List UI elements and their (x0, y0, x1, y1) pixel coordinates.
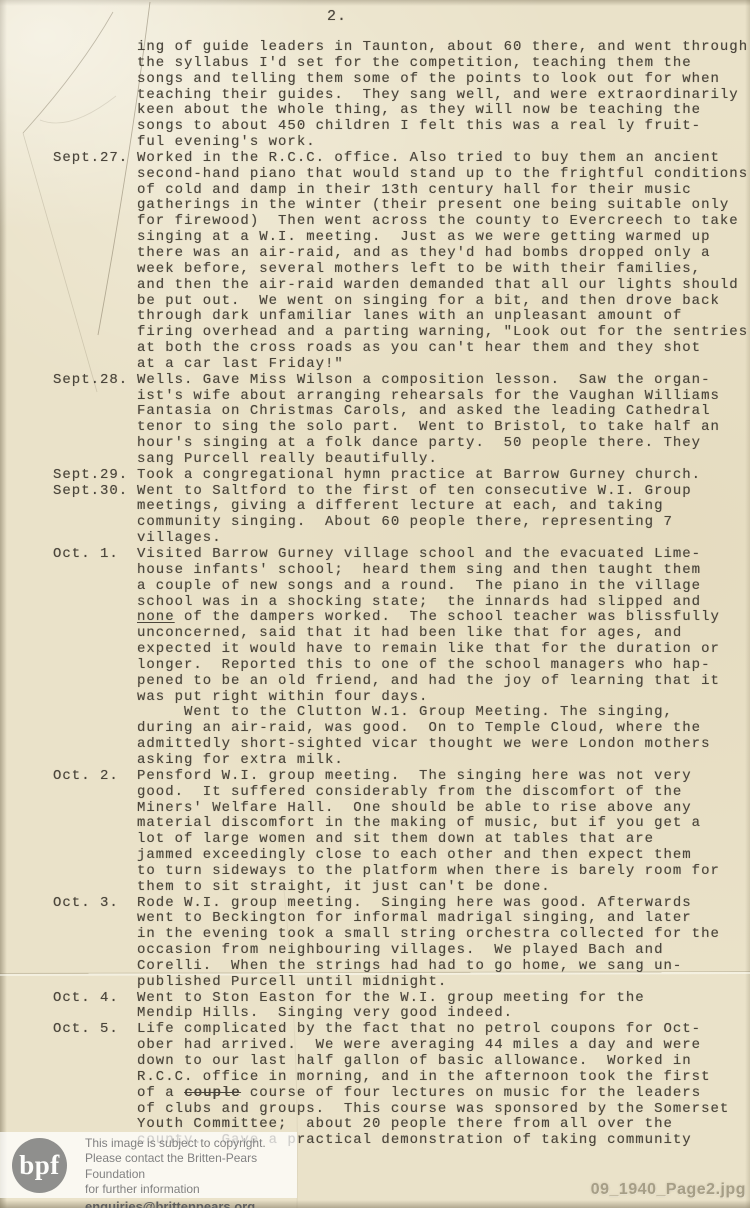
text-line: villages. (137, 531, 750, 547)
text-line: ing of guide leaders in Taunton, about 6… (137, 40, 750, 56)
entry-text: Life complicated by the fact that no pet… (137, 1022, 750, 1149)
text-line: Took a congregational hymn practice at B… (137, 468, 750, 484)
text-line: Mendip Hills. Singing very good indeed. (137, 1006, 750, 1022)
text-line: be put out. We went on singing for a bit… (137, 294, 750, 310)
watermark-text: This image is subject to copyright. Plea… (85, 1136, 297, 1208)
text-line: songs and telling them some of the point… (137, 72, 750, 88)
watermark-email-link[interactable]: enquiries@brittenpears.org (85, 1199, 297, 1208)
text-line: pened to be an old friend, and had the j… (137, 674, 750, 690)
text-line: meetings, giving a different lecture at … (137, 499, 750, 515)
text-line: a couple of new songs and a round. The p… (137, 579, 750, 595)
entry-text: Went to Saltford to the first of ten con… (137, 484, 750, 547)
text-line: Life complicated by the fact that no pet… (137, 1022, 750, 1038)
entry-date: Oct. 2. (53, 769, 137, 785)
underlined-word: none (137, 609, 175, 625)
diary-entry: Oct. 3.Rode W.I. group meeting. Singing … (53, 896, 750, 991)
diary-entry: Oct. 2.Pensford W.I. group meeting. The … (53, 769, 750, 896)
text-line: in the evening took a small string orche… (137, 927, 750, 943)
text-line: school was in a shocking state; the inna… (137, 595, 750, 611)
text-line: Fantasia on Christmas Carols, and asked … (137, 404, 750, 420)
diary-entry: ing of guide leaders in Taunton, about 6… (53, 40, 750, 151)
text-line: through dark unfamiliar lanes with an un… (137, 309, 750, 325)
text-line: down to our last half gallon of basic al… (137, 1054, 750, 1070)
text-line: asking for extra milk. (137, 753, 750, 769)
copyright-watermark: bpf This image is subject to copyright. … (0, 1132, 297, 1198)
text-line: week before, several mothers left to be … (137, 262, 750, 278)
text-line: unconcerned, said that it had been like … (137, 626, 750, 642)
bpf-logo: bpf (12, 1138, 67, 1193)
bpf-logo-text: bpf (19, 1150, 60, 1181)
text-line: firing overhead and a parting warning, "… (137, 325, 750, 341)
text-line: house infants' school; heard them sing a… (137, 563, 750, 579)
diary-entry: Oct. 5.Life complicated by the fact that… (53, 1022, 750, 1149)
text-line: singing at a W.I. meeting. Just as we we… (137, 230, 750, 246)
text-line: gatherings in the winter (their present … (137, 198, 750, 214)
diary-entry: Oct. 4.Went to Ston Easton for the W.I. … (53, 991, 750, 1023)
page-number: 2. (327, 8, 347, 25)
text-line: at a car last Friday!" (137, 357, 750, 373)
text-line: Corelli. When the strings had had to go … (137, 959, 750, 975)
watermark-line-1: This image is subject to copyright. (85, 1136, 297, 1151)
text-line: tenor to sing the solo part. Went to Bri… (137, 420, 750, 436)
text-line: went to Beckington for informal madrigal… (137, 911, 750, 927)
text-line: hour's singing at a folk dance party. 50… (137, 436, 750, 452)
text-line: and then the air-raid warden demanded th… (137, 278, 750, 294)
text-line: ful evening's work. (137, 135, 750, 151)
text-line: Visited Barrow Gurney village school and… (137, 547, 750, 563)
text-line: community singing. About 60 people there… (137, 515, 750, 531)
text-line: of a couple course of four lectures on m… (137, 1086, 750, 1102)
diary-entry: Sept.27.Worked in the R.C.C. office. Als… (53, 151, 750, 373)
text-line: Worked in the R.C.C. office. Also tried … (137, 151, 750, 167)
text-line: for firewood) Then went across the count… (137, 214, 750, 230)
text-line: second-hand piano that would stand up to… (137, 167, 750, 183)
text-line: jammed exceedingly close to each other a… (137, 848, 750, 864)
diary-entry: Sept.28.Wells. Gave Miss Wilson a compos… (53, 373, 750, 468)
text-line: Wells. Gave Miss Wilson a composition le… (137, 373, 750, 389)
image-filename: 09_1940_Page2.jpg (591, 1181, 746, 1199)
text-line: good. It suffered considerably from the … (137, 785, 750, 801)
text-line: R.C.C. office in morning, and in the aft… (137, 1070, 750, 1086)
entry-date: Sept.28. (53, 373, 137, 389)
text-line: none of the dampers worked. The school t… (137, 610, 750, 626)
struck-out-word: couple (184, 1085, 240, 1101)
text-line: published Purcell until midnight. (137, 975, 750, 991)
entry-date: Sept.30. (53, 484, 137, 500)
text-line: expected it would have to remain like th… (137, 642, 750, 658)
text-line: sang Purcell really beautifully. (137, 452, 750, 468)
text-line: Miners' Welfare Hall. One should be able… (137, 801, 750, 817)
diary-entry: Sept.30.Went to Saltford to the first of… (53, 484, 750, 547)
entry-text: ing of guide leaders in Taunton, about 6… (137, 40, 750, 151)
text-line: admittedly short-sighted vicar thought w… (137, 737, 750, 753)
text-line: Went to the Clutton W.1. Group Meeting. … (137, 705, 750, 721)
entry-date: Sept.27. (53, 151, 137, 167)
diary-entries: ing of guide leaders in Taunton, about 6… (53, 40, 750, 1149)
text-line: songs to about 450 children I felt this … (137, 119, 750, 135)
text-line: Youth Committee; about 20 people there f… (137, 1117, 750, 1133)
text-line: them to sit straight, it just can't be d… (137, 880, 750, 896)
text-line: to turn sideways to the platform when th… (137, 864, 750, 880)
entry-date: Oct. 5. (53, 1022, 137, 1038)
scanned-document-page: 2. ing of guide leaders in Taunton, abou… (0, 0, 750, 1208)
text-line: ober had arrived. We were averaging 44 m… (137, 1038, 750, 1054)
diary-entry: Oct. 1.Visited Barrow Gurney village sch… (53, 547, 750, 769)
entry-date: Oct. 3. (53, 896, 137, 912)
text-line: during an air-raid, was good. On to Temp… (137, 721, 750, 737)
entry-text: Wells. Gave Miss Wilson a composition le… (137, 373, 750, 468)
text-line: at both the cross roads as you can't hea… (137, 341, 750, 357)
text-line: longer. Reported this to one of the scho… (137, 658, 750, 674)
entry-text: Pensford W.I. group meeting. The singing… (137, 769, 750, 896)
entry-date: Oct. 1. (53, 547, 137, 563)
entry-text: Went to Ston Easton for the W.I. group m… (137, 991, 750, 1023)
text-line: occasion from neighbouring villages. We … (137, 943, 750, 959)
text-line: lot of large women and sit them down at … (137, 832, 750, 848)
watermark-line-3: for further information (85, 1182, 297, 1197)
entry-text: Rode W.I. group meeting. Singing here wa… (137, 896, 750, 991)
text-line: material discomfort in the making of mus… (137, 816, 750, 832)
text-line: there was an air-raid, and as they'd had… (137, 246, 750, 262)
entry-text: Took a congregational hymn practice at B… (137, 468, 750, 484)
text-line: teaching their guides. They sang well, a… (137, 88, 750, 104)
watermark-line-2: Please contact the Britten-Pears Foundat… (85, 1151, 297, 1182)
diary-entry: Sept.29.Took a congregational hymn pract… (53, 468, 750, 484)
entry-date: Oct. 4. (53, 991, 137, 1007)
entry-text: Worked in the R.C.C. office. Also tried … (137, 151, 750, 373)
text-line: the syllabus I'd set for the competition… (137, 56, 750, 72)
entry-date: Sept.29. (53, 468, 137, 484)
text-line: of clubs and groups. This course was spo… (137, 1102, 750, 1118)
text-line: keen about the whole thing, as they will… (137, 103, 750, 119)
entry-text: Visited Barrow Gurney village school and… (137, 547, 750, 769)
text-line: Pensford W.I. group meeting. The singing… (137, 769, 750, 785)
